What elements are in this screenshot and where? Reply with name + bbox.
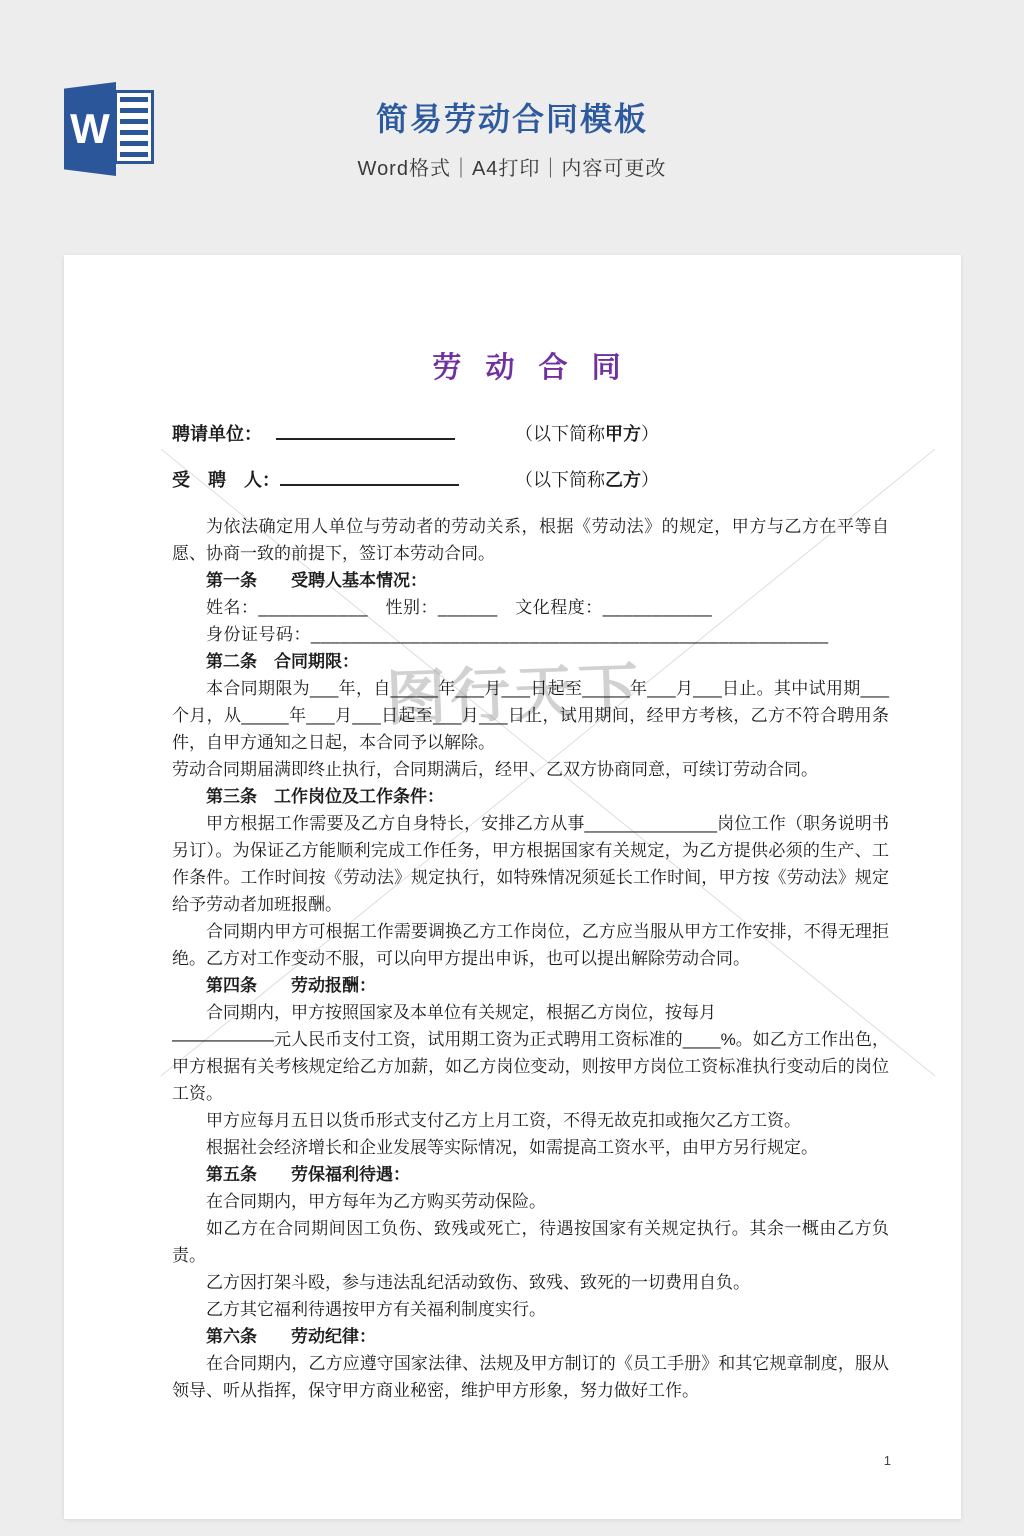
- paren-text: （以下简称: [515, 470, 605, 490]
- paragraph: 甲方根据工作需要及乙方自身特长，安排乙方从事______________岗位工作…: [172, 810, 889, 918]
- employee-paren: （以下简称乙方）: [515, 467, 659, 494]
- party-b-label: 乙方: [605, 470, 641, 490]
- paragraph: 根据社会经济增长和企业发展等实际情况，如需提高工资水平，由甲方另行规定。: [172, 1134, 889, 1161]
- employer-paren: （以下简称甲方）: [515, 421, 659, 448]
- employer-blank-line: [276, 422, 455, 440]
- template-subtitle: Word格式｜A4打印｜内容可更改: [0, 152, 1024, 181]
- employee-blank-line: [280, 468, 459, 486]
- section-heading: 第一条 受聘人基本情况：: [172, 567, 889, 594]
- paragraph: 合同期内甲方可根据工作需要调换乙方工作岗位，乙方应当服从甲方工作安排，不得无理拒…: [172, 918, 889, 972]
- paren-text: ）: [641, 424, 659, 444]
- contract-title: 劳 动 合 同: [172, 351, 889, 385]
- party-row-employee: 受 聘 人： （以下简称乙方）: [172, 467, 889, 497]
- section-heading: 第三条 工作岗位及工作条件：: [172, 783, 889, 810]
- party-a-label: 甲方: [605, 424, 641, 444]
- party-row-employer: 聘请单位： （以下简称甲方）: [172, 421, 889, 451]
- paren-text: ）: [641, 470, 659, 490]
- employer-label: 聘请单位：: [172, 421, 276, 448]
- document-page: 图行天下 劳 动 合 同 聘请单位： （以下简称甲方） 受 聘 人： （以下简称…: [64, 255, 961, 1519]
- paragraph: 劳动合同期届满即终止执行，合同期满后，经甲、乙双方协商同意，可续订劳动合同。: [172, 756, 889, 783]
- paragraph: 乙方其它福利待遇按甲方有关福利制度实行。: [172, 1296, 889, 1323]
- contract-body: 为依法确定用人单位与劳动者的劳动关系，根据《劳动法》的规定，甲方与乙方在平等自愿…: [172, 513, 889, 1404]
- paren-text: （以下简称: [515, 424, 605, 444]
- paragraph: 本合同期限为___年，自_____年___月___日起至_____年___月__…: [172, 675, 889, 756]
- page-number: 1: [884, 1453, 891, 1468]
- form-field-line: 身份证号码：__________________________________…: [172, 621, 889, 648]
- form-field-line: 姓名：___________ 性别：______ 文化程度：__________…: [172, 594, 889, 621]
- paragraph: 乙方因打架斗殴，参与违法乱纪活动致伤、致残、致死的一切费用自负。: [172, 1269, 889, 1296]
- paragraph: 合同期内，甲方按照国家及本单位有关规定，根据乙方岗位，按每月: [172, 999, 889, 1026]
- paragraph: 在合同期内，甲方每年为乙方购买劳动保险。: [172, 1188, 889, 1215]
- intro-paragraph: 为依法确定用人单位与劳动者的劳动关系，根据《劳动法》的规定，甲方与乙方在平等自愿…: [172, 513, 889, 567]
- template-title: 简易劳动合同模板: [0, 94, 1024, 140]
- template-header: W 简易劳动合同模板 Word格式｜A4打印｜内容可更改: [0, 0, 1024, 255]
- section-heading: 第六条 劳动纪律：: [172, 1323, 889, 1350]
- employee-label: 受 聘 人：: [172, 467, 280, 494]
- paragraph: 在合同期内，乙方应遵守国家法律、法规及甲方制订的《员工手册》和其它规章制度，服从…: [172, 1350, 889, 1404]
- paragraph: ——————元人民币支付工资，试用期工资为正式聘用工资标准的____%。如乙方工…: [172, 1026, 889, 1107]
- paragraph: 甲方应每月五日以货币形式支付乙方上月工资，不得无故克扣或拖欠乙方工资。: [172, 1107, 889, 1134]
- section-heading: 第五条 劳保福利待遇：: [172, 1161, 889, 1188]
- section-heading: 第四条 劳动报酬：: [172, 972, 889, 999]
- section-heading: 第二条 合同期限：: [172, 648, 889, 675]
- paragraph: 如乙方在合同期间因工负伤、致残或死亡，待遇按国家有关规定执行。其余一概由乙方负责…: [172, 1215, 889, 1269]
